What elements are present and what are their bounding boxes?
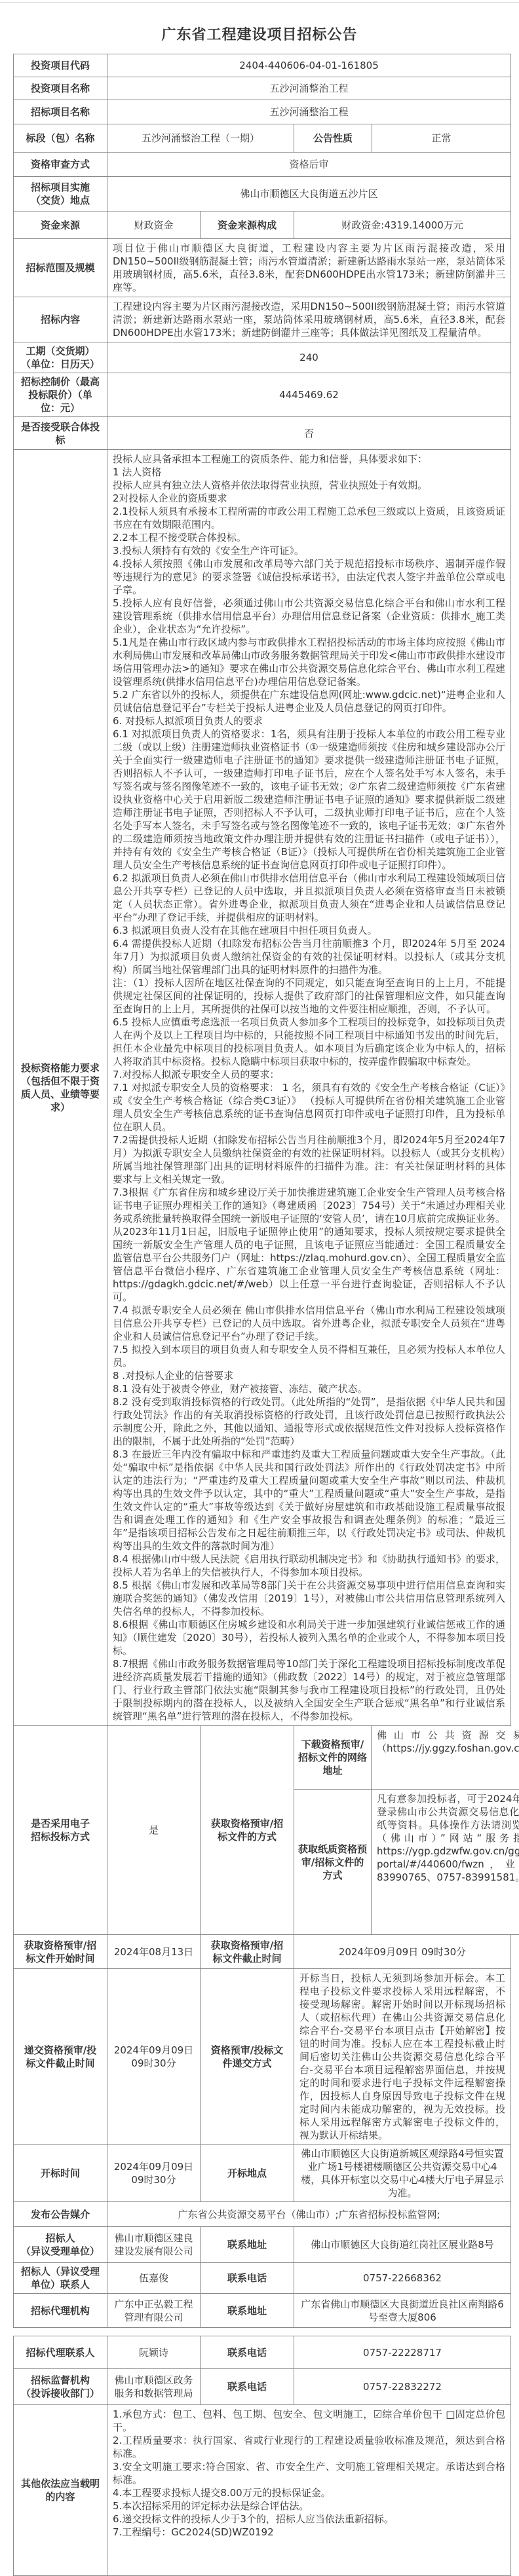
label-agency-address: 联系地址 [201,2294,294,2328]
label-construction-period: 工期（交货期） （单位：日历天） [14,342,107,373]
value-document-obtain-start: 2024年08月13日 [107,1935,201,1969]
label-agency-contact: 招标代理联系人 [14,2336,107,2369]
label-tender-scope: 招标范围及规模 [14,239,107,297]
label-fund-source: 资金来源 [14,212,107,239]
row-bid-opening: 开标时间 2024年09月09日 09时30分 开标地点 佛山市顺德区大良街道新… [14,2145,511,2202]
label-section-name: 标段（包）名称 [14,124,107,153]
tender-notice-table: 投资项目代码 2404-440606-04-01-161805 投资项目名称 五… [13,54,511,2328]
row-tender-scope: 招标范围及规模 项目位于佛山市顺德区大良街道，工程建设内容主要为片区雨污混接改造… [14,239,511,297]
row-bid-submission: 递交资格预审/投 标文件截止时间 2024年09月09日 09时30分 资格预审… [14,1969,511,2145]
value-tender-project-name: 五沙河涌整治工程 [107,100,511,124]
label-notice-nature: 公告性质 [294,124,372,153]
label-tender-project-name: 招标项目名称 [14,100,107,124]
label-bid-opening-time: 开标时间 [14,2145,107,2202]
tender-notice-table-2: 招标代理联系人 阮颖诗 联系电话 0757-22228717 招标监督机构 （投… [13,2336,511,2576]
subrow-paper-document-method: 获取纸质资格预 审/招标文件的 方式 凡有意参加投标者，可于2024年8月13日… [294,1790,519,1935]
value-construction-period: 240 [107,342,511,373]
value-bidder-qualification-requirements: 投标人应具备承担本工程施工的资质条件、能力和信誉，具体要求如下： 1 法人资格 … [107,450,511,1726]
label-tender-agency: 招标代理机构 [14,2294,107,2328]
label-tenderer-phone: 联系电话 [201,2263,294,2294]
label-bid-submission-method: 资格预审/投标文 件递交方式 [201,1969,294,2145]
table-split-gap [0,2328,519,2336]
value-fund-composition: 财政资金:4319.14000万元 [294,212,511,239]
label-download-address: 下载资格预审/ 招标文件的网络 地址 [294,1726,372,1790]
value-agency-address: 广东省佛山市顺德区大良街道近良社区南翔路6号至壹大厦806 [294,2294,511,2328]
row-investment-name: 投资项目名称 五沙河涌整治工程 [14,77,511,100]
label-tender-content: 招标内容 [14,297,107,342]
value-agency-phone: 0757-22228717 [294,2336,511,2369]
value-document-obtain-deadline: 2024年09月09日 09时30分 [294,1935,511,1969]
document-obtain-subtable: 下载资格预审/ 招标文件的网络 地址 佛山市公共资源交易信息化综合平台 （htt… [294,1726,519,1935]
row-qualification-method: 资格审查方式 资格后审 [14,153,511,177]
row-project-location: 招标项目实施 （交货）地点 佛山市顺德区大良街道五沙片区 [14,177,511,212]
value-investment-code: 2404-440606-04-01-161805 [107,54,511,77]
value-supervision-authority: 佛山市顺德区政务 服务和数据管理局 [107,2369,201,2405]
value-project-location: 佛山市顺德区大良街道五沙片区 [107,177,511,212]
page-title: 广东省工程建设项目招标公告 [0,24,519,44]
value-bid-submission-deadline: 2024年09月09日 09时30分 [107,1969,201,2145]
label-consortium-accepted: 是否接受联合体投 标 [14,417,107,450]
row-tender-agency: 招标代理机构 广东中正弘毅工程 管理有限公司 联系地址 广东省佛山市顺德区大良街… [14,2294,511,2328]
value-supervision-phone: 0757-22832272 [294,2369,511,2405]
label-investment-name: 投资项目名称 [14,77,107,100]
row-electronic-bidding: 是否采用电子 招标投标方式 是 获取资格预审/招 标文件的方式 下载资格预审/ … [14,1726,511,1935]
row-tenderer: 招标人 （异议受理单位） 佛山市顺德区建良 建设发展有限公司 联系地址 佛山市顺… [14,2227,511,2263]
value-investment-name: 五沙河涌整治工程 [107,77,511,100]
label-document-obtain-start: 获取资格预审/招 标文件开始时间 [14,1935,107,1969]
label-electronic-bidding: 是否采用电子 招标投标方式 [14,1726,107,1935]
value-electronic-bidding: 是 [107,1726,201,1935]
row-investment-code: 投资项目代码 2404-440606-04-01-161805 [14,54,511,77]
label-fund-composition: 资金来源构成 [201,212,294,239]
row-tender-project-name: 招标项目名称 五沙河涌整治工程 [14,100,511,124]
value-other-required-content: 1.承包方式：包工、包料、包工期、包安全、包文明施工，☑综合单价包干 □固定总价… [107,2405,511,2576]
value-control-price: 4445469.62 [107,373,511,417]
label-paper-document-method: 获取纸质资格预 审/招标文件的 方式 [294,1790,372,1935]
row-tender-content: 招标内容 工程建设内容主要为片区雨污混接改造，采用DN150~500II级钢筋混… [14,297,511,342]
label-other-required-content: 其他依法应当载明 的内容 [14,2405,107,2576]
label-agency-phone: 联系电话 [201,2336,294,2369]
value-notice-nature: 正常 [372,124,511,153]
value-tender-agency: 广东中正弘毅工程 管理有限公司 [107,2294,201,2328]
row-consortium-accepted: 是否接受联合体投 标 否 [14,417,511,450]
value-consortium-accepted: 否 [107,417,511,450]
label-bid-submission-deadline: 递交资格预审/投 标文件截止时间 [14,1969,107,2145]
row-construction-period: 工期（交货期） （单位：日历天） 240 [14,342,511,373]
label-document-obtain-deadline: 获取资格预审/招 标文件截止时间 [201,1935,294,1969]
value-section-name: 五沙河涌整治工程（一期） [107,124,294,153]
label-project-location: 招标项目实施 （交货）地点 [14,177,107,212]
label-qualification-method: 资格审查方式 [14,153,107,177]
value-tenderer-contact: 伍嘉俊 [107,2263,201,2294]
row-control-price: 招标控制价（最高 投标限价）（单 位：元） 4445469.62 [14,373,511,417]
value-bid-opening-time: 2024年09月09日 09时30分 [107,2145,201,2202]
label-investment-code: 投资项目代码 [14,54,107,77]
value-tender-scope: 项目位于佛山市顺德区大良街道，工程建设内容主要为片区雨污混接改造，采用DN150… [107,239,511,297]
label-supervision-authority: 招标监督机构 （投诉接收部门） [14,2369,107,2405]
value-announcement-media: 广东省公共资源交易平台（佛山市）;广东省招标投标监管网; [107,2202,511,2227]
value-tenderer-phone: 0757-22668362 [294,2263,511,2294]
value-download-address: 佛山市公共资源交易信息化综合平台 （https://jy.ggzy.foshan… [372,1726,519,1790]
label-tenderer-address: 联系地址 [201,2227,294,2263]
label-bid-opening-place: 开标地点 [201,2145,294,2202]
value-bid-submission-method: 开标当日，投标人无须到场参加开标会。本工程电子投标文件要求投标人采用远程解密，不… [294,1969,511,2145]
row-bidder-qualification-requirements: 投标资格能力要求 （包括但不限于资 质人员、业绩等要 求） 投标人应具备承担本工… [14,450,511,1726]
row-other-required-content: 其他依法应当载明 的内容 1.承包方式：包工、包料、包工期、包安全、包文明施工，… [14,2405,511,2576]
page-top-divider [0,2,519,3]
row-supervision-authority: 招标监督机构 （投诉接收部门） 佛山市顺德区政务 服务和数据管理局 联系电话 0… [14,2369,511,2405]
label-bidder-qualification-requirements: 投标资格能力要求 （包括但不限于资 质人员、业绩等要 求） [14,450,107,1726]
label-document-obtain-method: 获取资格预审/招 标文件的方式 [201,1726,294,1935]
row-document-obtain-time: 获取资格预审/招 标文件开始时间 2024年08月13日 获取资格预审/招 标文… [14,1935,511,1969]
value-tenderer: 佛山市顺德区建良 建设发展有限公司 [107,2227,201,2263]
value-tenderer-address: 佛山市顺德区大良街道红岗社区展业路8号 [294,2227,511,2263]
value-tender-content: 工程建设内容主要为片区雨污混接改造，采用DN150~500II级钢筋混凝土管；雨… [107,297,511,342]
row-announcement-media: 发布公告媒介 广东省公共资源交易平台（佛山市）;广东省招标投标监管网; [14,2202,511,2227]
label-announcement-media: 发布公告媒介 [14,2202,107,2227]
value-paper-document-method: 凡有意参加投标者，可于2024年8月13日至投标截止时间前登录佛山市公共资源交易… [372,1790,519,1935]
row-agency-contact: 招标代理联系人 阮颖诗 联系电话 0757-22228717 [14,2336,511,2369]
label-tenderer: 招标人 （异议受理单位） [14,2227,107,2263]
value-fund-source: 财政资金 [107,212,201,239]
subrow-download-address: 下载资格预审/ 招标文件的网络 地址 佛山市公共资源交易信息化综合平台 （htt… [294,1726,519,1790]
value-agency-contact: 阮颖诗 [107,2336,201,2369]
label-tenderer-contact: 招标人（异议受理 单位）联系人 [14,2263,107,2294]
value-qualification-method: 资格后审 [107,153,511,177]
label-supervision-phone: 联系电话 [201,2369,294,2405]
row-tenderer-contact: 招标人（异议受理 单位）联系人 伍嘉俊 联系电话 0757-22668362 [14,2263,511,2294]
value-bid-opening-place: 佛山市顺德区大良街道新城区观绿路4号恒实置业广场1号楼裙楼顺德区公共资源交易中心… [294,2145,511,2202]
label-control-price: 招标控制价（最高 投标限价）（单 位：元） [14,373,107,417]
row-fund-source: 资金来源 财政资金 资金来源构成 财政资金:4319.14000万元 [14,212,511,239]
row-section-name: 标段（包）名称 五沙河涌整治工程（一期） 公告性质 正常 [14,124,511,153]
